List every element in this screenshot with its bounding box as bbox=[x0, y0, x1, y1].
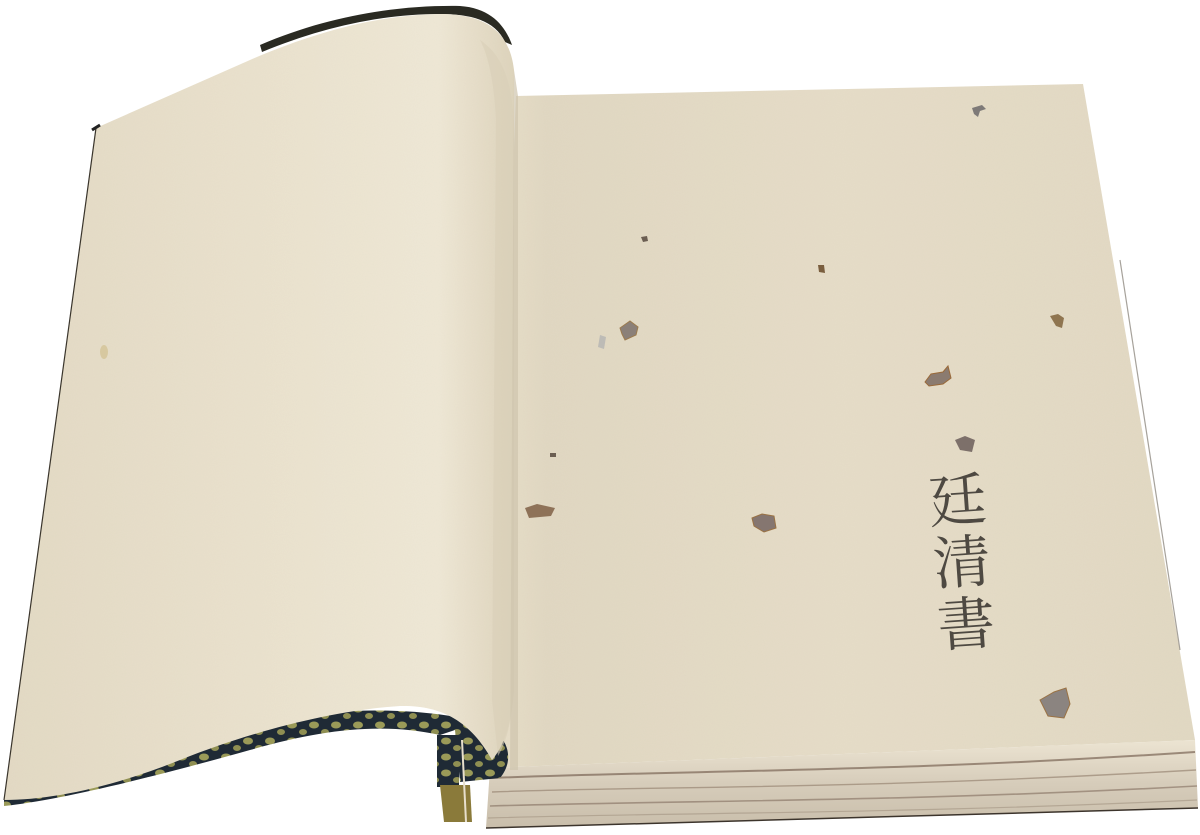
book-photo: 廷清書 bbox=[0, 0, 1200, 835]
left-page bbox=[4, 14, 514, 800]
book-illustration bbox=[0, 0, 1200, 835]
calligraphy-inscription: 廷清書 bbox=[916, 468, 999, 658]
right-page bbox=[490, 84, 1195, 768]
